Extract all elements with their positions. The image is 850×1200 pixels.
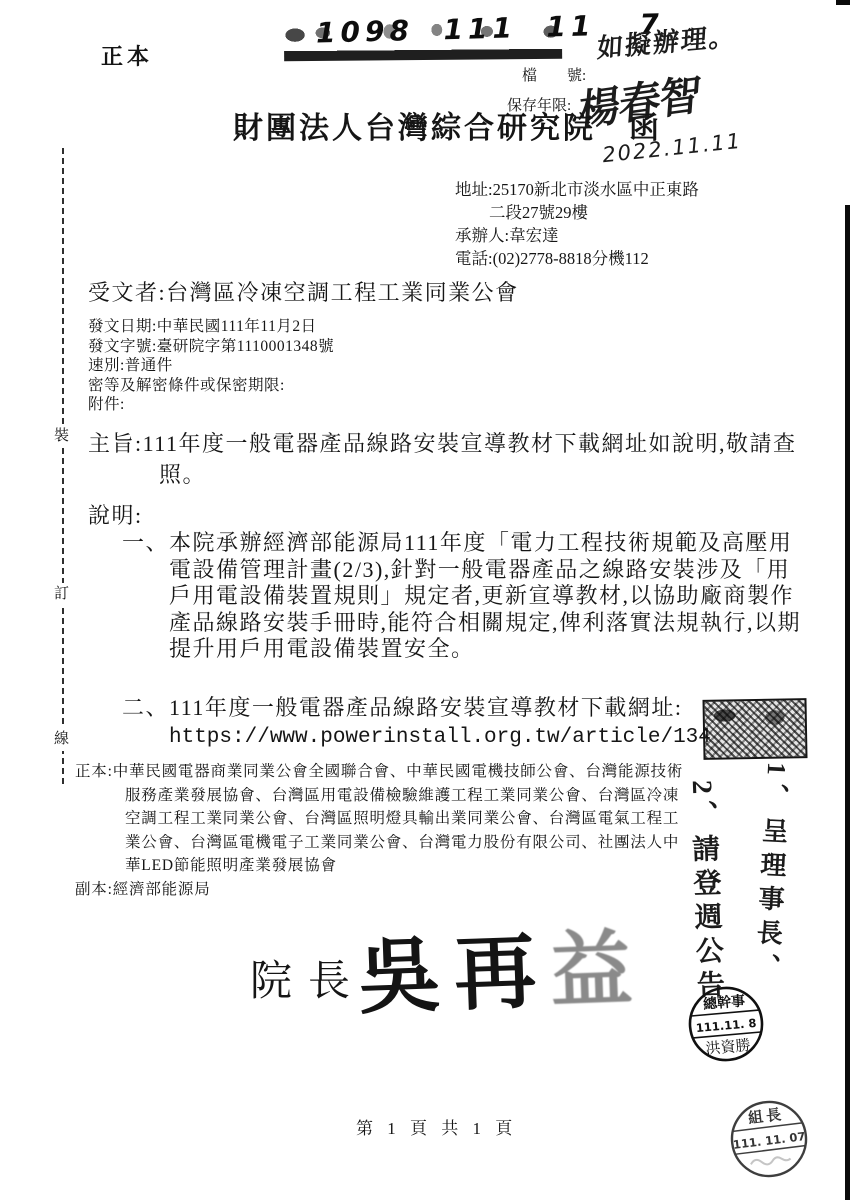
attachment: 附件: [88, 395, 334, 415]
distribution-block: 正本:中華民國電器商業同業公會全國聯合會、中華民國電機技師公會、台灣能源技術服務… [75, 760, 687, 901]
issue-number: 發文字號:臺研院字第1110001348號 [88, 337, 334, 357]
received-date-stamp: 1098 111 11 7 [284, 18, 562, 60]
scan-edge-line [845, 205, 850, 1200]
subject-paragraph: 主旨:111年度一般電器產品線路安裝宣導教材下載網址如說明,敬請查照。 [88, 428, 799, 490]
binding-dashed-line [62, 148, 64, 784]
handwritten-note-president: 1、呈理事長、 [746, 761, 796, 1003]
page-footer: 第 1 頁 共 1 頁 [356, 1114, 517, 1139]
binding-mark-zhuang: 裝 [54, 425, 69, 448]
president-signature: 吳再益 [356, 903, 648, 1030]
copy-recipients: 副本:經濟部能源局 [75, 878, 687, 902]
smudged-seal [702, 698, 807, 760]
address-line-1: 地址:25170新北市淡水區中正東路 [455, 178, 699, 201]
document-meta: 發文日期:中華民國111年11月2日 發文字號:臺研院字第1110001348號… [88, 317, 334, 415]
stamp-role: 總幹事 [701, 992, 745, 1013]
original-recipients: 正本:中華民國電器商業同業公會全國聯合會、中華民國電機技師公會、台灣能源技術服務… [75, 760, 687, 878]
stamp-date: 111.11. 8 [695, 1016, 757, 1035]
original-label: 正本: [75, 763, 113, 780]
section-chief-stamp: 組長 111. 11. 07 [721, 1093, 816, 1185]
description-item-1: 一、本院承辦經濟部能源局111年度「電力工程技術規範及高壓用電設備管理計畫(2/… [122, 530, 804, 663]
document-title: 財團法人台灣綜合研究院 函 [233, 103, 662, 147]
original-list: 中華民國電器商業同業公會全國聯合會、中華民國電機技師公會、台灣能源技術服務產業發… [113, 763, 684, 874]
stamp-role: 組長 [747, 1105, 785, 1127]
contact-person: 承辦人:韋宏達 [455, 224, 699, 247]
recipient-line: 受文者:台灣區冷凍空調工程工業同業公會 [88, 276, 519, 307]
item-2-text: 111年度一般電器產品線路安裝宣導教材下載網址: [169, 695, 682, 720]
president-title: 院長 [250, 948, 366, 1008]
contact-phone: 電話:(02)2778-8818分機112 [455, 247, 699, 270]
file-number-label: 檔 號: [522, 64, 586, 85]
stamp-date: 111. 11. 07 [732, 1129, 806, 1152]
signature-name-first: 吳再 [357, 926, 552, 1024]
speed-class: 速別:普通件 [88, 356, 334, 376]
security-class: 密等及解密條件或保密期限: [88, 376, 334, 396]
description-label: 說明: [88, 499, 143, 530]
issue-date: 發文日期:中華民國111年11月2日 [88, 317, 334, 337]
address-line-2: 二段27號29樓 [489, 201, 699, 224]
signature-name-last: 益 [549, 923, 648, 1017]
binding-mark-xian: 線 [54, 728, 69, 751]
contact-block: 地址:25170新北市淡水區中正東路 二段27號29樓 承辦人:韋宏達 電話:(… [455, 178, 699, 270]
subject-label: 主旨: [88, 431, 143, 456]
item-1-number: 一、 [122, 530, 169, 555]
copy-label: 副本: [75, 881, 113, 898]
copy-type-label: 正本 [101, 40, 153, 71]
secretary-general-stamp: 總幹事 111.11. 8 洪資勝 [683, 981, 770, 1068]
subject-text: 111年度一般電器產品線路安裝宣導教材下載網址如說明,敬請查照。 [143, 431, 797, 487]
scan-corner-artifact [836, 0, 850, 5]
illegible-name-scribble [750, 1156, 790, 1167]
item-2-number: 二、 [122, 695, 169, 720]
item-1-text: 本院承辦經濟部能源局111年度「電力工程技術規範及高壓用電設備管理計畫(2/3)… [169, 530, 801, 661]
copy-list: 經濟部能源局 [113, 881, 211, 898]
binding-mark-ding: 訂 [54, 583, 69, 606]
